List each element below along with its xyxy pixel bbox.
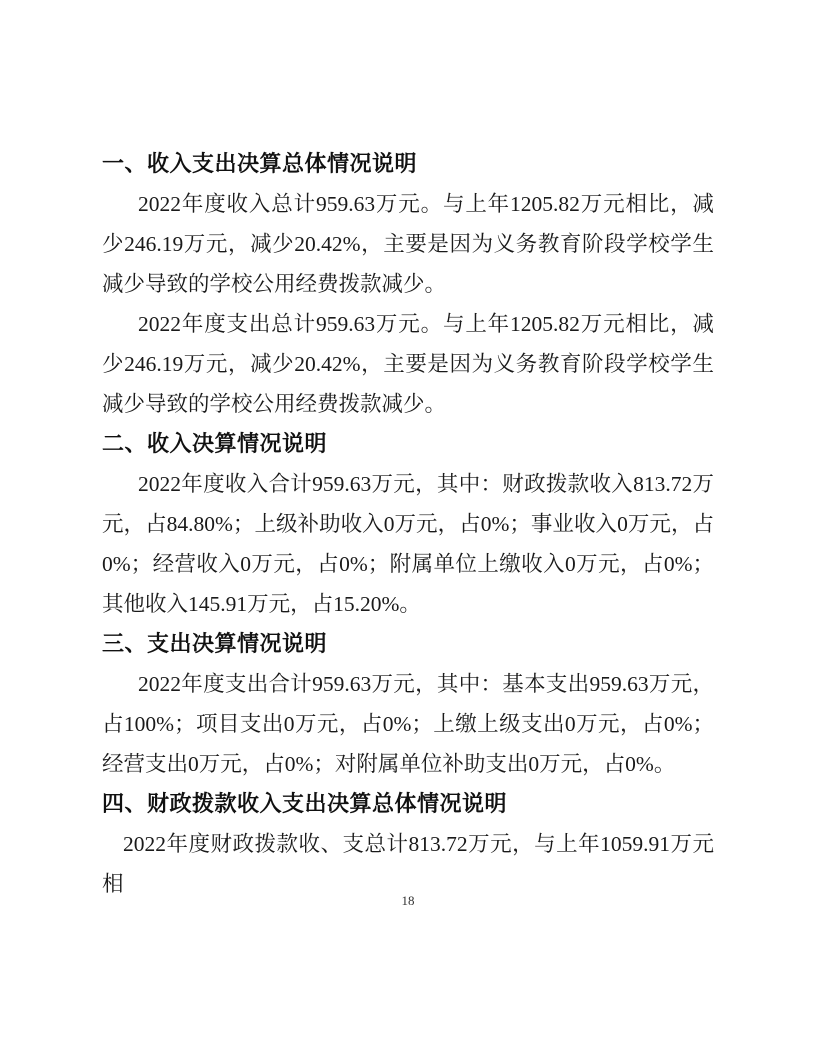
- body-paragraph: 2022年度支出总计959.63万元。与上年1205.82万元相比，减少246.…: [102, 304, 714, 424]
- body-paragraph: 2022年度收入总计959.63万元。与上年1205.82万元相比，减少246.…: [102, 184, 714, 304]
- section-heading: 四、财政拨款收入支出决算总体情况说明: [102, 784, 714, 824]
- document-section: 一、收入支出决算总体情况说明 2022年度收入总计959.63万元。与上年120…: [102, 144, 714, 424]
- body-paragraph: 2022年度收入合计959.63万元，其中：财政拨款收入813.72万元，占84…: [102, 464, 714, 624]
- section-heading: 二、收入决算情况说明: [102, 424, 714, 464]
- document-page: 一、收入支出决算总体情况说明 2022年度收入总计959.63万元。与上年120…: [0, 0, 816, 1056]
- body-paragraph: 2022年度支出合计959.63万元，其中：基本支出959.63万元，占100%…: [102, 664, 714, 784]
- section-heading: 三、支出决算情况说明: [102, 624, 714, 664]
- document-section: 三、支出决算情况说明 2022年度支出合计959.63万元，其中：基本支出959…: [102, 624, 714, 784]
- body-paragraph: 2022年度财政拨款收、支总计813.72万元，与上年1059.91万元相: [102, 824, 714, 904]
- page-number: 18: [0, 893, 816, 909]
- document-section: 四、财政拨款收入支出决算总体情况说明 2022年度财政拨款收、支总计813.72…: [102, 784, 714, 904]
- document-content: 一、收入支出决算总体情况说明 2022年度收入总计959.63万元。与上年120…: [102, 144, 714, 904]
- section-heading: 一、收入支出决算总体情况说明: [102, 144, 714, 184]
- document-section: 二、收入决算情况说明 2022年度收入合计959.63万元，其中：财政拨款收入8…: [102, 424, 714, 624]
